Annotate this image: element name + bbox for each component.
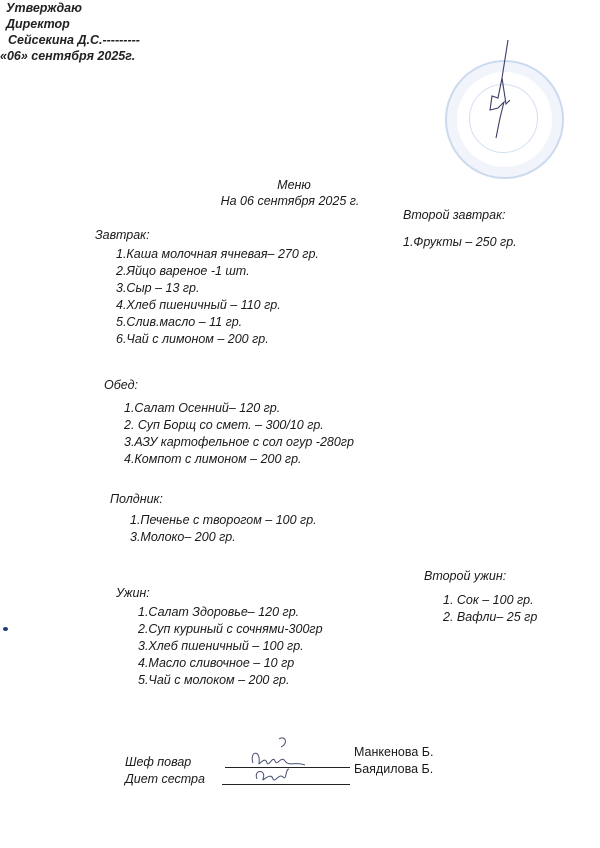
list-item: 2. Вафли– 25 гр: [443, 609, 537, 626]
list-item: 1. Сок – 100 гр.: [443, 592, 537, 609]
second-dinner-list: 1. Сок – 100 гр. 2. Вафли– 25 гр: [443, 592, 537, 626]
list-item: 3.Сыр – 13 гр.: [116, 280, 319, 297]
list-item: 5.Слив.масло – 11 гр.: [116, 314, 319, 331]
list-item: 6.Чай с лимоном – 200 гр.: [116, 331, 319, 348]
list-item: 1.Печенье с творогом – 100 гр.: [130, 512, 317, 529]
list-item: 3.АЗУ картофельное с сол огур -280гр: [124, 434, 354, 451]
chef-role: Шеф повар: [125, 755, 191, 769]
dinner-list: 1.Салат Здоровье– 120 гр. 2.Суп куриный …: [138, 604, 323, 689]
second-breakfast-list: 1.Фрукты – 250 гр.: [403, 234, 517, 251]
list-item: 1.Салат Осенний– 120 гр.: [124, 400, 354, 417]
list-item: 4.Масло сливочное – 10 гр: [138, 655, 323, 672]
second-dinner-heading: Второй ужин:: [424, 569, 506, 583]
list-item: 3.Молоко– 200 гр.: [130, 529, 317, 546]
breakfast-list: 1.Каша молочная ячневая– 270 гр. 2.Яйцо …: [116, 246, 319, 348]
list-item: 4.Хлеб пшеничный – 110 гр.: [116, 297, 319, 314]
list-item: 2.Суп куриный с сочнями-300гр: [138, 621, 323, 638]
list-item: 1.Каша молочная ячневая– 270 гр.: [116, 246, 319, 263]
second-breakfast-heading: Второй завтрак:: [403, 208, 505, 222]
list-item: 3.Хлеб пшеничный – 100 гр.: [138, 638, 323, 655]
snack-heading: Полдник:: [110, 492, 163, 506]
handwritten-signatures: [245, 733, 315, 788]
dietitian-role: Диет сестра: [125, 772, 205, 786]
signature-names: Манкенова Б. Баядилова Б.: [354, 744, 433, 778]
dietitian-name: Баядилова Б.: [354, 761, 433, 778]
dinner-heading: Ужин:: [116, 586, 150, 600]
director-signature: [480, 38, 520, 148]
approval-position: Директор: [0, 16, 600, 32]
list-item: 4.Компот с лимоном – 200 гр.: [124, 451, 354, 468]
list-item: 1.Салат Здоровье– 120 гр.: [138, 604, 323, 621]
list-item: 1.Фрукты – 250 гр.: [403, 234, 517, 251]
menu-title: Меню: [0, 178, 594, 192]
chef-name: Манкенова Б.: [354, 744, 433, 761]
snack-list: 1.Печенье с творогом – 100 гр. 3.Молоко–…: [130, 512, 317, 546]
lunch-heading: Обед:: [104, 378, 138, 392]
ink-dot: [3, 627, 8, 631]
breakfast-heading: Завтрак:: [95, 228, 150, 242]
lunch-list: 1.Салат Осенний– 120 гр. 2. Суп Борщ со …: [124, 400, 354, 468]
approval-approve: Утверждаю: [0, 0, 600, 16]
list-item: 2. Суп Борщ со смет. – 300/10 гр.: [124, 417, 354, 434]
list-item: 2.Яйцо вареное -1 шт.: [116, 263, 319, 280]
menu-date: На 06 сентября 2025 г.: [0, 194, 590, 208]
list-item: 5.Чай с молоком – 200 гр.: [138, 672, 323, 689]
